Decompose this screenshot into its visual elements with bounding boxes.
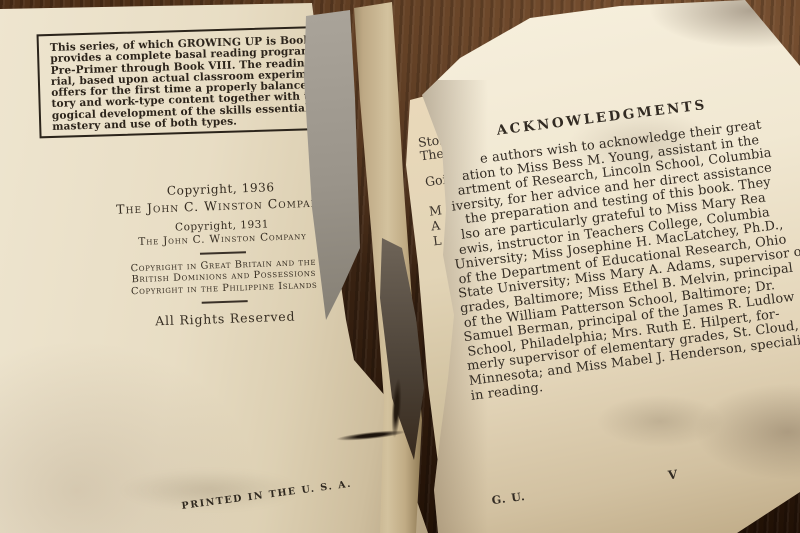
copyright-block: Copyright, 1936 The John C. Winston Comp…: [106, 178, 341, 329]
torn-text-fragment: A: [430, 218, 441, 234]
acknowledgments-text: e authors wish to acknowledge their grea…: [442, 114, 800, 404]
book-photo: This series, of which GROWING UP is Book…: [0, 0, 800, 533]
right-page: ACKNOWLEDGMENTS e authors wish to acknow…: [388, 0, 800, 533]
acknowledgments-content: ACKNOWLEDGMENTS e authors wish to acknow…: [436, 69, 800, 529]
torn-text-fragment: The: [419, 146, 444, 164]
series-note-box: This series, of which GROWING UP is Book…: [37, 26, 334, 139]
all-rights-reserved: All Rights Reserved: [110, 306, 340, 329]
torn-text-fragment: M: [428, 202, 443, 218]
page-number: V: [667, 467, 678, 482]
divider-rule: [202, 300, 248, 303]
printer-mark-gu: G. U.: [491, 490, 526, 507]
torn-text-fragment: L: [432, 233, 442, 249]
divider-rule: [200, 251, 246, 254]
